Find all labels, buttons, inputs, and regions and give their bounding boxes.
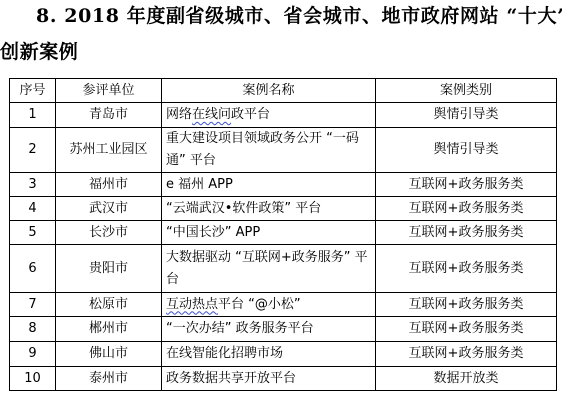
table-row: 9 佛山市 在线智能化招聘市场 互联网+政务服务类 xyxy=(10,342,557,367)
table-row: 5 长沙市 “中国长沙” APP 互联网+政务服务类 xyxy=(10,221,557,245)
table-row: 10 泰州市 政务数据共享开放平台 数据开放类 xyxy=(10,367,557,391)
header-category: 案例类别 xyxy=(376,79,557,103)
cell-case-name: 在线智能化招聘市场 xyxy=(162,342,376,367)
table-row: 6 贵阳市 大数据驱动 “互联网+政务服务” 平台 互联网+政务服务类 xyxy=(10,245,557,293)
cell-no: 2 xyxy=(10,128,56,173)
cell-category: 互联网+政务服务类 xyxy=(376,173,557,197)
table-header-row: 序号 参评单位 案例名称 案例类别 xyxy=(10,79,557,103)
spellcheck-marked-text: 在线问 xyxy=(192,107,231,122)
cell-category: 互联网+政务服务类 xyxy=(376,197,557,221)
case-name-text: 网络 xyxy=(166,107,192,122)
cell-unit: 苏州工业园区 xyxy=(56,128,162,173)
cell-case-name: “中国长沙” APP xyxy=(162,221,376,245)
cell-category: 互联网+政务服务类 xyxy=(376,221,557,245)
cell-case-name: 网络在线问政平台 xyxy=(162,103,376,128)
table-row: 2 苏州工业园区 重大建设项目领域政务公开 “一码通” 平台 舆情引导类 xyxy=(10,128,557,173)
cell-no: 3 xyxy=(10,173,56,197)
cell-unit: 贵阳市 xyxy=(56,245,162,293)
header-unit: 参评单位 xyxy=(56,79,162,103)
cell-category: 舆情引导类 xyxy=(376,103,557,128)
cell-category: 互联网+政务服务类 xyxy=(376,293,557,317)
cell-case-name: 政务数据共享开放平台 xyxy=(162,367,376,391)
cell-case-name: “云端武汉•软件政策” 平台 xyxy=(162,197,376,221)
cell-unit: 泰州市 xyxy=(56,367,162,391)
cell-unit: 武汉市 xyxy=(56,197,162,221)
document-title-line-2: 创新案例 xyxy=(0,39,78,65)
cell-case-name: 互动热点平台 “@小松” xyxy=(162,293,376,317)
cell-category: 互联网+政务服务类 xyxy=(376,245,557,293)
cell-case-name: 大数据驱动 “互联网+政务服务” 平台 xyxy=(162,245,376,293)
cell-no: 4 xyxy=(10,197,56,221)
table-row: 4 武汉市 “云端武汉•软件政策” 平台 互联网+政务服务类 xyxy=(10,197,557,221)
cell-unit: 福州市 xyxy=(56,173,162,197)
document-title-line-1: 8. 2018 年度副省级城市、省会城市、地市政府网站 “十大” 优秀 xyxy=(36,3,562,29)
spellcheck-marked-text: 互动热点 xyxy=(166,297,218,312)
header-case-name: 案例名称 xyxy=(162,79,376,103)
cell-unit: 青岛市 xyxy=(56,103,162,128)
cell-unit: 长沙市 xyxy=(56,221,162,245)
case-name-text: 平台 “@小松” xyxy=(218,297,301,312)
cell-unit: 郴州市 xyxy=(56,317,162,342)
cell-category: 舆情引导类 xyxy=(376,128,557,173)
table-row: 3 福州市 e 福州 APP 互联网+政务服务类 xyxy=(10,173,557,197)
cell-unit: 佛山市 xyxy=(56,342,162,367)
cell-case-name: “一次办结” 政务服务平台 xyxy=(162,317,376,342)
table-row: 7 松原市 互动热点平台 “@小松” 互联网+政务服务类 xyxy=(10,293,557,317)
cell-category: 数据开放类 xyxy=(376,367,557,391)
cell-case-name: 重大建设项目领域政务公开 “一码通” 平台 xyxy=(162,128,376,173)
cell-no: 6 xyxy=(10,245,56,293)
cell-no: 10 xyxy=(10,367,56,391)
cell-no: 8 xyxy=(10,317,56,342)
table-row: 8 郴州市 “一次办结” 政务服务平台 互联网+政务服务类 xyxy=(10,317,557,342)
cell-category: 互联网+政务服务类 xyxy=(376,317,557,342)
cell-unit: 松原市 xyxy=(56,293,162,317)
cell-no: 5 xyxy=(10,221,56,245)
case-name-text: 政平台 xyxy=(231,107,270,122)
cell-no: 7 xyxy=(10,293,56,317)
cell-category: 互联网+政务服务类 xyxy=(376,342,557,367)
table-row: 1 青岛市 网络在线问政平台 舆情引导类 xyxy=(10,103,557,128)
header-serial-no: 序号 xyxy=(10,79,56,103)
cell-no: 9 xyxy=(10,342,56,367)
cell-case-name: e 福州 APP xyxy=(162,173,376,197)
cell-no: 1 xyxy=(10,103,56,128)
cases-table: 序号 参评单位 案例名称 案例类别 1 青岛市 网络在线问政平台 舆情引导类 2… xyxy=(9,78,557,391)
